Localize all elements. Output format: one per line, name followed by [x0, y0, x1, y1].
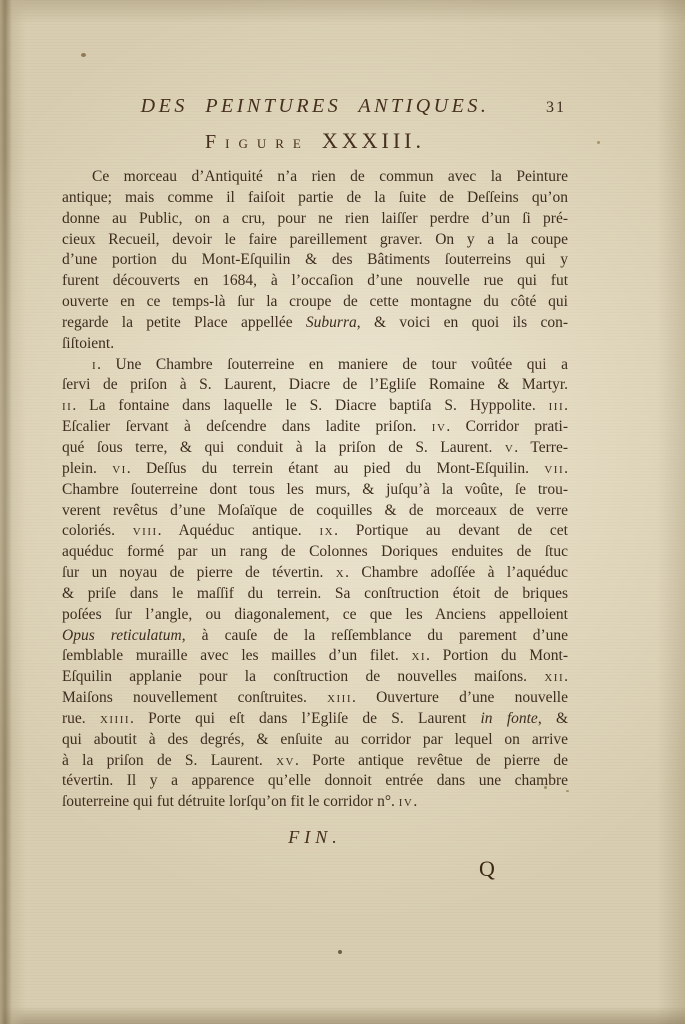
text-line: coloriés. viii. Aquéduc antique. ix. Por… [62, 521, 568, 542]
text-line: qui aboutit à des degrés, & enſuite au c… [62, 730, 568, 751]
figure-numeral: XXXIII. [322, 128, 425, 153]
figure-word-rest: IGURE [225, 136, 310, 151]
text-line: ſervi de priſon à S. Laurent, Diacre de … [62, 375, 568, 396]
paper-speck [338, 950, 342, 954]
text-line: ii. La fontaine dans laquelle le S. Diac… [62, 396, 568, 417]
book-page-scan: DES PEINTURES ANTIQUES. 31 FIGUREXXXIII.… [0, 0, 685, 1024]
text-line: & priſe dans le maſſif du terrein. Sa co… [62, 584, 568, 605]
text-line: rue. xiiii. Porte qui eſt dans l’Egliſe … [62, 709, 568, 730]
text-line: cieux Recueil, devoir le faire pareillem… [62, 230, 568, 251]
text-line: poſées ſur l’angle, ou diagonalement, ce… [62, 605, 568, 626]
text-line: verent revêtus d’une Moſaïque de coquill… [62, 501, 568, 522]
text-line: d’une portion du Mont-Eſquilin & des Bât… [62, 250, 568, 271]
text-line: aquéduc formé par un rang de Colonnes Do… [62, 542, 568, 563]
signature-mark: Q [479, 856, 495, 882]
text-line: antique; mais comme il faiſoit partie de… [62, 188, 568, 209]
text-line: à la priſon de S. Laurent. xv. Porte ant… [62, 751, 568, 772]
text-line: ſemblable muraille avec les mailles d’un… [62, 646, 568, 667]
text-line: ſouterreine qui fut détruite lorſqu’on f… [62, 792, 568, 813]
running-head: DES PEINTURES ANTIQUES. [141, 95, 490, 117]
text-line: regarde la petite Place appellée Suburra… [62, 313, 568, 334]
paper-speck [81, 53, 86, 57]
text-line: Eſquilin applanie pour la conſtruction d… [62, 667, 568, 688]
paper-speck [544, 786, 547, 789]
fin-label: FIN. [62, 827, 568, 848]
paper-speck [566, 790, 569, 792]
text-line: ſiſtoient. [62, 334, 568, 355]
figure-heading: FIGUREXXXIII. [62, 128, 568, 154]
text-line: Ce morceau d’Antiquité n’a rien de commu… [62, 167, 568, 188]
text-line: Eſcalier ſervant à deſcendre dans ladite… [62, 417, 568, 438]
body-text: Ce morceau d’Antiquité n’a rien de commu… [62, 167, 568, 813]
text-line: Chambre ſouterreine dont tous les murs, … [62, 480, 568, 501]
text-line: plein. vi. Deſſus du terrein étant au pi… [62, 459, 568, 480]
text-line: qué ſous terre, & qui conduit à la priſo… [62, 438, 568, 459]
text-line: ſur un noyau de pierre de tévertin. x. C… [62, 563, 568, 584]
paragraph: Ce morceau d’Antiquité n’a rien de commu… [62, 167, 568, 355]
text-line: Maiſons nouvellement conſtruites. xiii. … [62, 688, 568, 709]
text-line: Opus reticulatum, à cauſe de la reſſembl… [62, 626, 568, 647]
figure-word-initial: F [205, 131, 225, 153]
running-head-row: DES PEINTURES ANTIQUES. 31 [62, 95, 568, 118]
paragraph: i. Une Chambre ſouterreine en maniere de… [62, 355, 568, 814]
text-line: ouverte en ce temps-là ſur la croupe de … [62, 292, 568, 313]
text-line: donne au Public, on a cru, pour ne rien … [62, 209, 568, 230]
text-line: furent découverts en 1684, à l’occaſion … [62, 271, 568, 292]
text-line: tévertin. Il y a apparence qu’elle donno… [62, 771, 568, 792]
paper-speck [597, 141, 600, 144]
text-line: i. Une Chambre ſouterreine en maniere de… [62, 355, 568, 376]
page-number: 31 [546, 99, 566, 117]
